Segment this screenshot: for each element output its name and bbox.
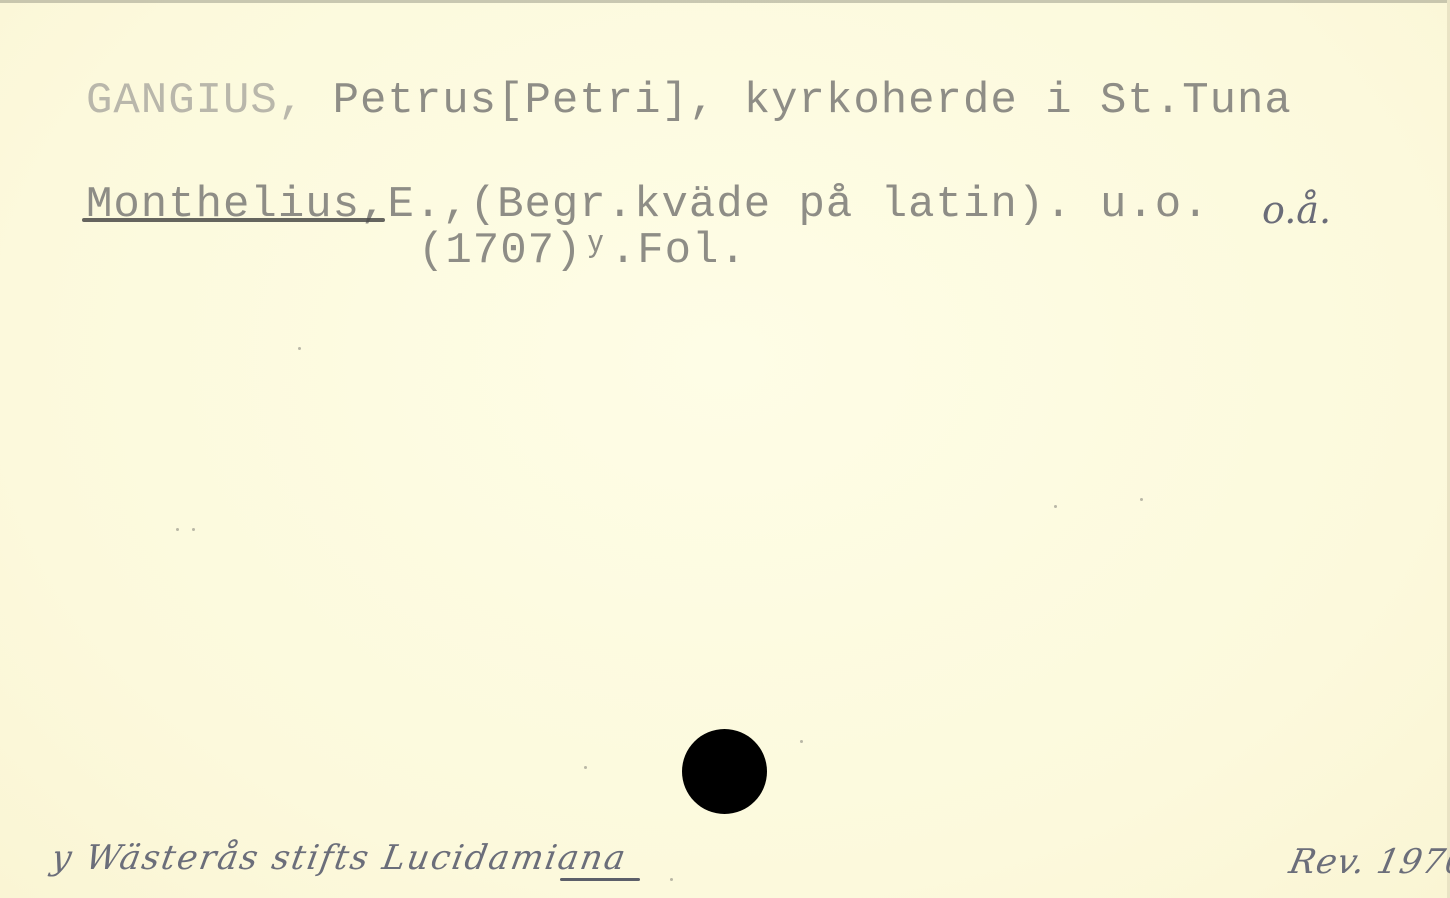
- paper-speck: [1140, 498, 1143, 501]
- handwritten-revision-note: Rev. 1970: [1286, 842, 1450, 882]
- entry-line-2: (1707)ʸ.Fol.: [418, 226, 747, 276]
- paper-speck: [670, 878, 673, 881]
- paper-speck: [192, 528, 195, 531]
- paper-speck: [584, 766, 587, 769]
- entry-author: Monthelius: [86, 180, 360, 230]
- card-top-edge: [0, 0, 1450, 3]
- heading-place: St.Tuna: [1073, 76, 1292, 126]
- entry-line: Monthelius,E.,(Begr.kväde på latin). u.o…: [86, 180, 1210, 230]
- paper-speck: [800, 740, 803, 743]
- heading-surname: GANGIUS,: [86, 76, 305, 126]
- handwritten-note-left: y Wästerås stifts Lucidamiana: [48, 838, 630, 878]
- author-underline: [82, 218, 385, 222]
- heading-title: kyrkoherde i: [716, 76, 1072, 126]
- paper-speck: [1054, 505, 1057, 508]
- heading-line: GANGIUS, Petrus[Petri], kyrkoherde i St.…: [86, 76, 1292, 126]
- handwritten-o-a: o.å.: [1262, 188, 1331, 232]
- paper-speck: [176, 528, 179, 531]
- punch-hole: [682, 729, 767, 814]
- catalog-card: GANGIUS, Petrus[Petri], kyrkoherde i St.…: [0, 0, 1450, 898]
- paper-speck: [298, 347, 301, 350]
- handwritten-stroke: [560, 878, 640, 881]
- heading-given-name: Petrus[Petri],: [305, 76, 716, 126]
- entry-description: ,E.,(Begr.kväde på latin). u.o.: [360, 180, 1210, 230]
